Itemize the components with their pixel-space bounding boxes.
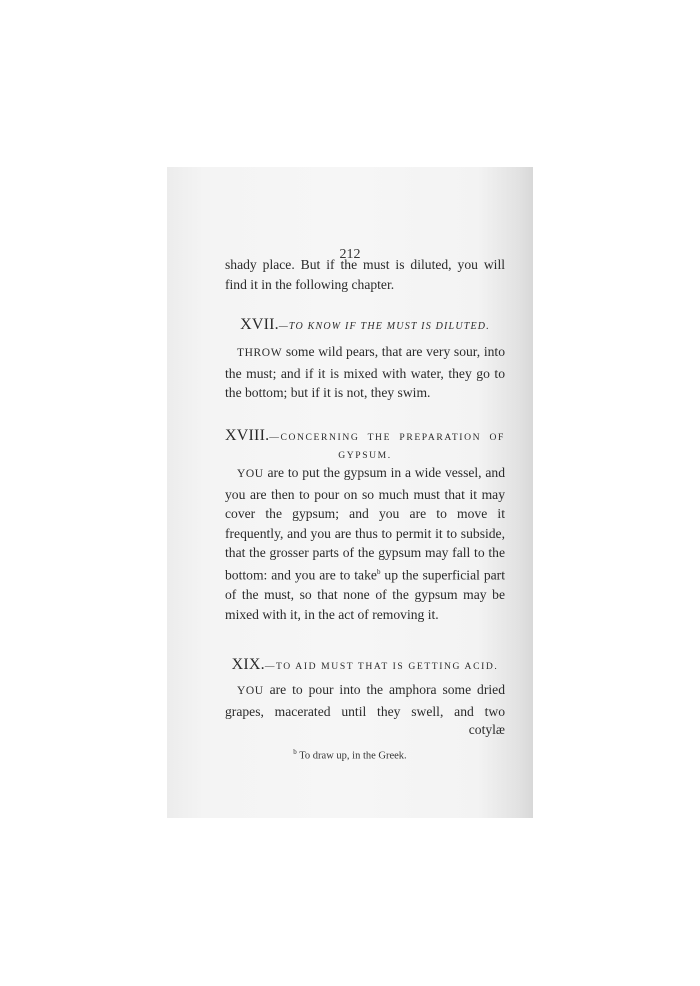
drop-word: You bbox=[237, 685, 264, 697]
section-numeral: XVIII. bbox=[225, 427, 269, 444]
section-title: —to aid must that is getting acid. bbox=[265, 661, 499, 672]
section-xix-paragraph: You are to pour into the amphora some dr… bbox=[225, 680, 505, 721]
section-heading-xix: XIX.—to aid must that is getting acid. bbox=[225, 656, 505, 674]
drop-word: Throw bbox=[237, 347, 282, 359]
section-heading-xvii: XVII.—to know if the must is diluted. bbox=[225, 316, 505, 334]
intro-paragraph: shady place. But if the must is diluted,… bbox=[225, 255, 505, 294]
section-heading-xviii: XVIII.—concerning the preparation of bbox=[225, 427, 505, 445]
drop-word: You bbox=[237, 468, 264, 480]
section-xvii-paragraph: Throw some wild pears, that are very sou… bbox=[225, 342, 505, 403]
section-title: —concerning the preparation of bbox=[269, 432, 505, 443]
section-xviii-paragraph: You are to put the gypsum in a wide vess… bbox=[225, 463, 505, 624]
section-title-cont: gypsum. bbox=[338, 450, 392, 461]
catchword: cotylæ bbox=[225, 720, 505, 740]
paragraph-body: are to pour into the amphora some dried … bbox=[225, 682, 505, 719]
footnote: b To draw up, in the Greek. bbox=[167, 748, 533, 762]
section-numeral: XVII. bbox=[240, 316, 279, 333]
section-heading-xviii-line2: gypsum. bbox=[225, 446, 505, 462]
book-page: 212 shady place. But if the must is dilu… bbox=[167, 167, 533, 818]
footnote-text: To draw up, in the Greek. bbox=[297, 751, 407, 762]
paragraph-body: are to put the gypsum in a wide vessel, … bbox=[225, 465, 505, 583]
section-numeral: XIX. bbox=[232, 656, 265, 673]
section-title: —to know if the must is diluted. bbox=[279, 321, 490, 332]
